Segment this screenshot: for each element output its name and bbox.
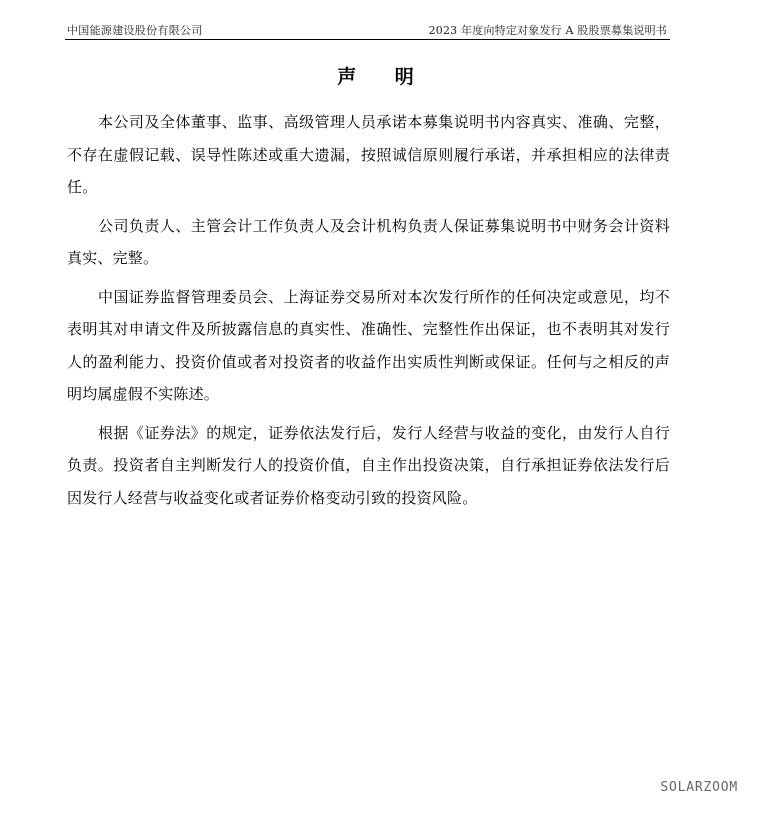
page-header: 中国能源建设股份有限公司 2023 年度向特定对象发行 A 股股票募集说明书 [65,22,670,40]
paragraph-financial-guarantee: 公司负责人、主管会计工作负责人及会计机构负责人保证募集说明书中财务会计资料真实、… [67,210,670,275]
paragraph-regulator-disclaimer: 中国证券监督管理委员会、上海证券交易所对本次发行所作的任何决定或意见，均不表明其… [67,281,670,411]
paragraph-board-commitment: 本公司及全体董事、监事、高级管理人员承诺本募集说明书内容真实、准确、完整，不存在… [67,106,670,204]
header-company-name: 中国能源建设股份有限公司 [67,22,203,39]
paragraph-investment-risk: 根据《证券法》的规定，证券依法发行后，发行人经营与收益的变化，由发行人自行负责。… [67,417,670,515]
declaration-body: 本公司及全体董事、监事、高级管理人员承诺本募集说明书内容真实、准确、完整，不存在… [67,106,670,520]
watermark: SOLARZOOM [660,780,738,795]
section-title: 声 明 [0,62,759,89]
header-document-title: 2023 年度向特定对象发行 A 股股票募集说明书 [429,22,667,39]
